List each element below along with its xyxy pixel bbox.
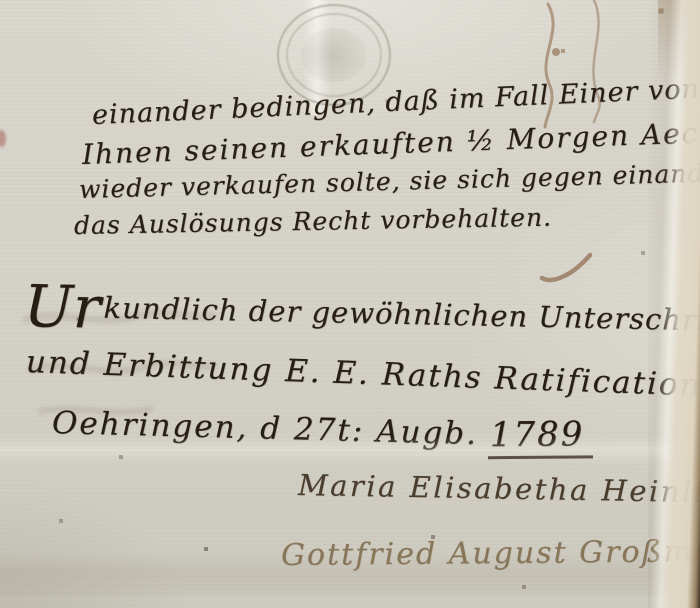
- paper-fold-highlight: [0, 436, 700, 464]
- closing-line-1-text: kundlich der gewöhnlichen Unterschrift: [103, 291, 700, 338]
- ink-hook-mark: [536, 246, 600, 288]
- red-ink-spot: [0, 130, 6, 147]
- paper-specks: [0, 0, 2, 2]
- signature-1: Maria Elisabetha Heinlin: [298, 468, 700, 509]
- paper-shadow-band: [0, 552, 700, 596]
- manuscript-photo: einander bedingen, daß im Fall Einer von…: [0, 0, 700, 608]
- manuscript-line-4: das Auslösungs Recht vorbehalten.: [74, 203, 552, 240]
- page-edge: [648, 0, 700, 608]
- ornate-initial: Ur: [23, 272, 101, 342]
